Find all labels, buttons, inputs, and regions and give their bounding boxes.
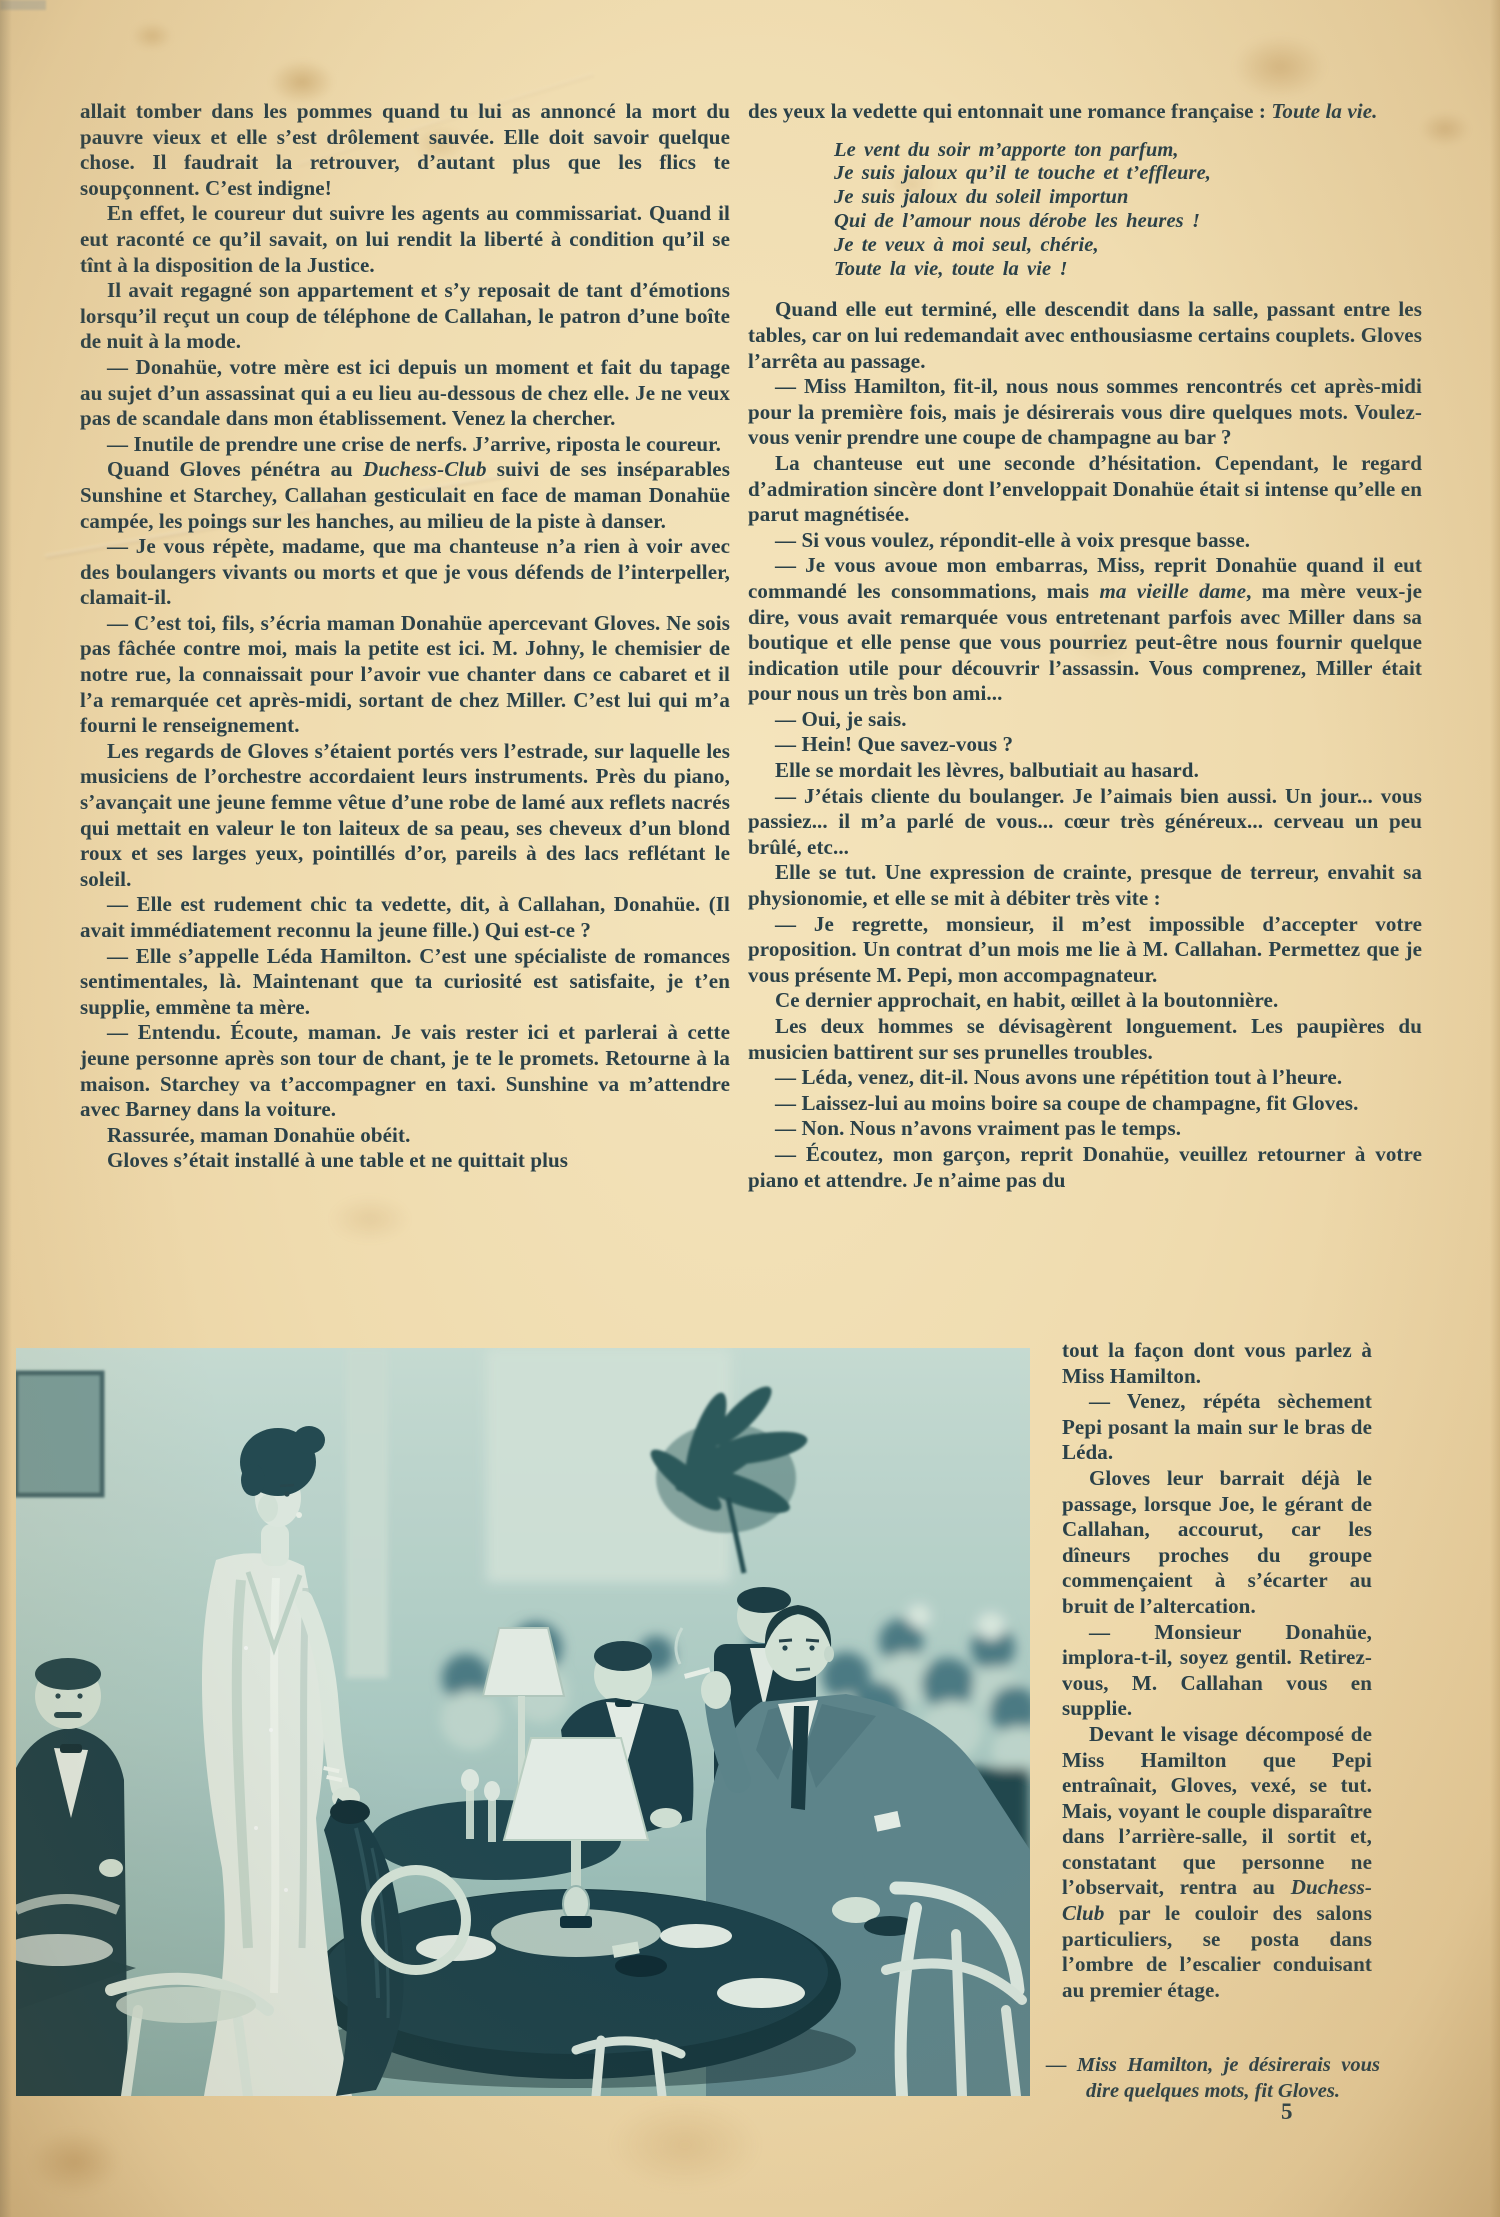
text-run: — Je vous répète, madame, que ma chanteu…: [80, 534, 730, 609]
paragraph: — C’est toi, fils, s’écria maman Donahüe…: [80, 611, 730, 739]
text-run: Gloves s’était installé à une table et n…: [107, 1148, 568, 1172]
paragraph: — Je regrette, monsieur, il m’est imposs…: [748, 912, 1422, 989]
paper-stain: [1420, 112, 1470, 146]
poem-line: Toute la vie, toute la vie !: [834, 258, 1422, 282]
text-run: — Si vous voulez, répondit-elle à voix p…: [775, 528, 1250, 552]
paragraph: tout la façon dont vous parlez à Miss Ha…: [1062, 1338, 1372, 1389]
text-run: Ce dernier approchait, en habit, œillet …: [775, 988, 1278, 1012]
right-column-body: Quand elle eut terminé, elle descendit d…: [748, 297, 1422, 1193]
italic-run: Toute la vie.: [1271, 99, 1377, 123]
text-run: — Donahüe, votre mère est ici depuis un …: [80, 355, 730, 430]
paragraph: — Donahüe, votre mère est ici depuis un …: [80, 355, 730, 432]
paper-stain: [610, 2100, 760, 2190]
paragraph: La chanteuse eut une seconde d’hésitatio…: [748, 451, 1422, 528]
text-run: — J’étais cliente du boulanger. Je l’aim…: [748, 784, 1422, 859]
paragraph: Rassurée, maman Donahüe obéit.: [80, 1123, 730, 1149]
right-column: des yeux la vedette qui entonnait une ro…: [748, 99, 1422, 1399]
text-run: allait tomber dans les pommes quand tu l…: [80, 99, 730, 200]
photo-caption: — Miss Hamilton, je désirerais vous dire…: [1046, 2052, 1380, 2104]
paragraph: Les regards de Gloves s’étaient portés v…: [80, 739, 730, 893]
text-run: — Elle est rudement chic ta vedette, dit…: [80, 892, 730, 942]
page-number: 5: [1281, 2099, 1293, 2125]
text-run: — Je regrette, monsieur, il m’est imposs…: [748, 912, 1422, 987]
paragraph: — Monsieur Donahüe, implora-t-il, soyez …: [1062, 1620, 1372, 1722]
film-still-photo: [16, 1348, 1030, 2096]
paragraph: — Elle est rudement chic ta vedette, dit…: [80, 892, 730, 943]
paragraph: Quand Gloves pénétra au Duchess-Club sui…: [80, 457, 730, 534]
page-edge-left: [0, 0, 12, 2217]
poem-line: Qui de l’amour nous dérobe les heures !: [834, 210, 1422, 234]
paragraph: — Écoutez, mon garçon, reprit Donahüe, v…: [748, 1142, 1422, 1193]
paragraph: Gloves s’était installé à une table et n…: [80, 1148, 730, 1174]
film-still-illustration: [16, 1348, 1030, 2096]
text-run: Rassurée, maman Donahüe obéit.: [107, 1123, 410, 1147]
paragraph: En effet, le coureur dut suivre les agen…: [80, 201, 730, 278]
paragraph: — Inutile de prendre une crise de nerfs.…: [80, 432, 730, 458]
paragraph: — Hein! Que savez-vous ?: [748, 732, 1422, 758]
paragraph: allait tomber dans les pommes quand tu l…: [80, 99, 730, 201]
magazine-page: { "page_number": "5", "colors": { "paper…: [0, 0, 1500, 2217]
text-run: — Inutile de prendre une crise de nerfs.…: [107, 432, 721, 456]
paper-stain: [1234, 36, 1326, 98]
text-run: Elle se mordait les lèvres, balbutiait a…: [775, 758, 1199, 782]
text-run: — C’est toi, fils, s’écria maman Donahüe…: [80, 611, 730, 737]
text-run: Quand Gloves pénétra au: [107, 457, 363, 481]
paragraph: Gloves leur barrait déjà le passage, lor…: [1062, 1466, 1372, 1620]
page-edge-mark: [0, 0, 46, 10]
paragraph: des yeux la vedette qui entonnait une ro…: [748, 99, 1422, 125]
narrow-column-beside-photo: tout la façon dont vous parlez à Miss Ha…: [1062, 1338, 1372, 2038]
text-run: — Laissez-lui au moins boire sa coupe de…: [775, 1091, 1358, 1115]
text-run: Il avait regagné son appartement et s’y …: [80, 278, 730, 353]
duotone-wash: [16, 1348, 1030, 2096]
paragraph: Devant le visage décomposé de Miss Hamil…: [1062, 1722, 1372, 2004]
text-run: Les deux hommes se dévisagèrent longueme…: [748, 1014, 1422, 1064]
paragraph: — Entendu. Écoute, maman. Je vais rester…: [80, 1020, 730, 1122]
paragraph: — J’étais cliente du boulanger. Je l’aim…: [748, 784, 1422, 861]
poem-line: Je suis jaloux du soleil importun: [834, 186, 1422, 210]
paragraph: — Léda, venez, dit-il. Nous avons une ré…: [748, 1065, 1422, 1091]
poem-line: Je te veux à moi seul, chérie,: [834, 234, 1422, 258]
paper-stain: [270, 60, 334, 104]
text-run: — Venez, répéta sèchement Pepi posant la…: [1062, 1389, 1372, 1464]
text-run: Quand elle eut terminé, elle descendit d…: [748, 297, 1422, 372]
paragraph: — Oui, je sais.: [748, 707, 1422, 733]
italic-run: ma vieille dame: [1099, 579, 1246, 603]
paragraph: — Si vous voulez, répondit-elle à voix p…: [748, 528, 1422, 554]
paragraph: Elle se mordait les lèvres, balbutiait a…: [748, 758, 1422, 784]
paragraph: Ce dernier approchait, en habit, œillet …: [748, 988, 1422, 1014]
text-run: — Elle s’appelle Léda Hamilton. C’est un…: [80, 944, 730, 1019]
poem-line: Le vent du soir m’apporte ton parfum,: [834, 139, 1422, 163]
paragraph: Quand elle eut terminé, elle descendit d…: [748, 297, 1422, 374]
paragraph: — Miss Hamilton, fit-il, nous nous somme…: [748, 374, 1422, 451]
text-run: — Oui, je sais.: [775, 707, 907, 731]
paragraph: — Je vous répète, madame, que ma chanteu…: [80, 534, 730, 611]
page-edge-right: [1490, 0, 1500, 2217]
text-run: La chanteuse eut une seconde d’hésitatio…: [748, 451, 1422, 526]
text-run: — Hein! Que savez-vous ?: [775, 732, 1013, 756]
right-column-intro: des yeux la vedette qui entonnait une ro…: [748, 99, 1422, 125]
left-column: allait tomber dans les pommes quand tu l…: [80, 99, 730, 1361]
paragraph: — Je vous avoue mon embarras, Miss, repr…: [748, 553, 1422, 707]
text-run: Gloves leur barrait déjà le passage, lor…: [1062, 1466, 1372, 1618]
text-run: En effet, le coureur dut suivre les agen…: [80, 201, 730, 276]
text-run: — Miss Hamilton, fit-il, nous nous somme…: [748, 374, 1422, 449]
text-run: des yeux la vedette qui entonnait une ro…: [748, 99, 1271, 123]
paper-stain: [30, 2130, 120, 2194]
text-run: — Entendu. Écoute, maman. Je vais rester…: [80, 1020, 730, 1121]
text-run: — Non. Nous n’avons vraiment pas le temp…: [775, 1116, 1181, 1140]
text-run: par le couloir des salons particuliers, …: [1062, 1901, 1372, 2002]
paragraph: Les deux hommes se dévisagèrent longueme…: [748, 1014, 1422, 1065]
paragraph: — Non. Nous n’avons vraiment pas le temp…: [748, 1116, 1422, 1142]
text-run: Devant le visage décomposé de Miss Hamil…: [1062, 1722, 1372, 1900]
italic-run: Duchess-Club: [363, 457, 487, 481]
song-lyrics: Le vent du soir m’apporte ton parfum,Je …: [834, 139, 1422, 282]
paper-stain: [132, 22, 172, 50]
text-run: — Écoutez, mon garçon, reprit Donahüe, v…: [748, 1142, 1422, 1192]
paragraph: Elle se tut. Une expression de crainte, …: [748, 860, 1422, 911]
text-run: Les regards de Gloves s’étaient portés v…: [80, 739, 730, 891]
paragraph: Il avait regagné son appartement et s’y …: [80, 278, 730, 355]
text-run: — Léda, venez, dit-il. Nous avons une ré…: [775, 1065, 1342, 1089]
paragraph: — Laissez-lui au moins boire sa coupe de…: [748, 1091, 1422, 1117]
paragraph: — Elle s’appelle Léda Hamilton. C’est un…: [80, 944, 730, 1021]
poem-line: Je suis jaloux qu’il te touche et t’effl…: [834, 162, 1422, 186]
paragraph: — Venez, répéta sèchement Pepi posant la…: [1062, 1389, 1372, 1466]
text-run: — Monsieur Donahüe, implora-t-il, soyez …: [1062, 1620, 1372, 1721]
text-run: Elle se tut. Une expression de crainte, …: [748, 860, 1422, 910]
text-run: tout la façon dont vous parlez à Miss Ha…: [1062, 1338, 1372, 1388]
